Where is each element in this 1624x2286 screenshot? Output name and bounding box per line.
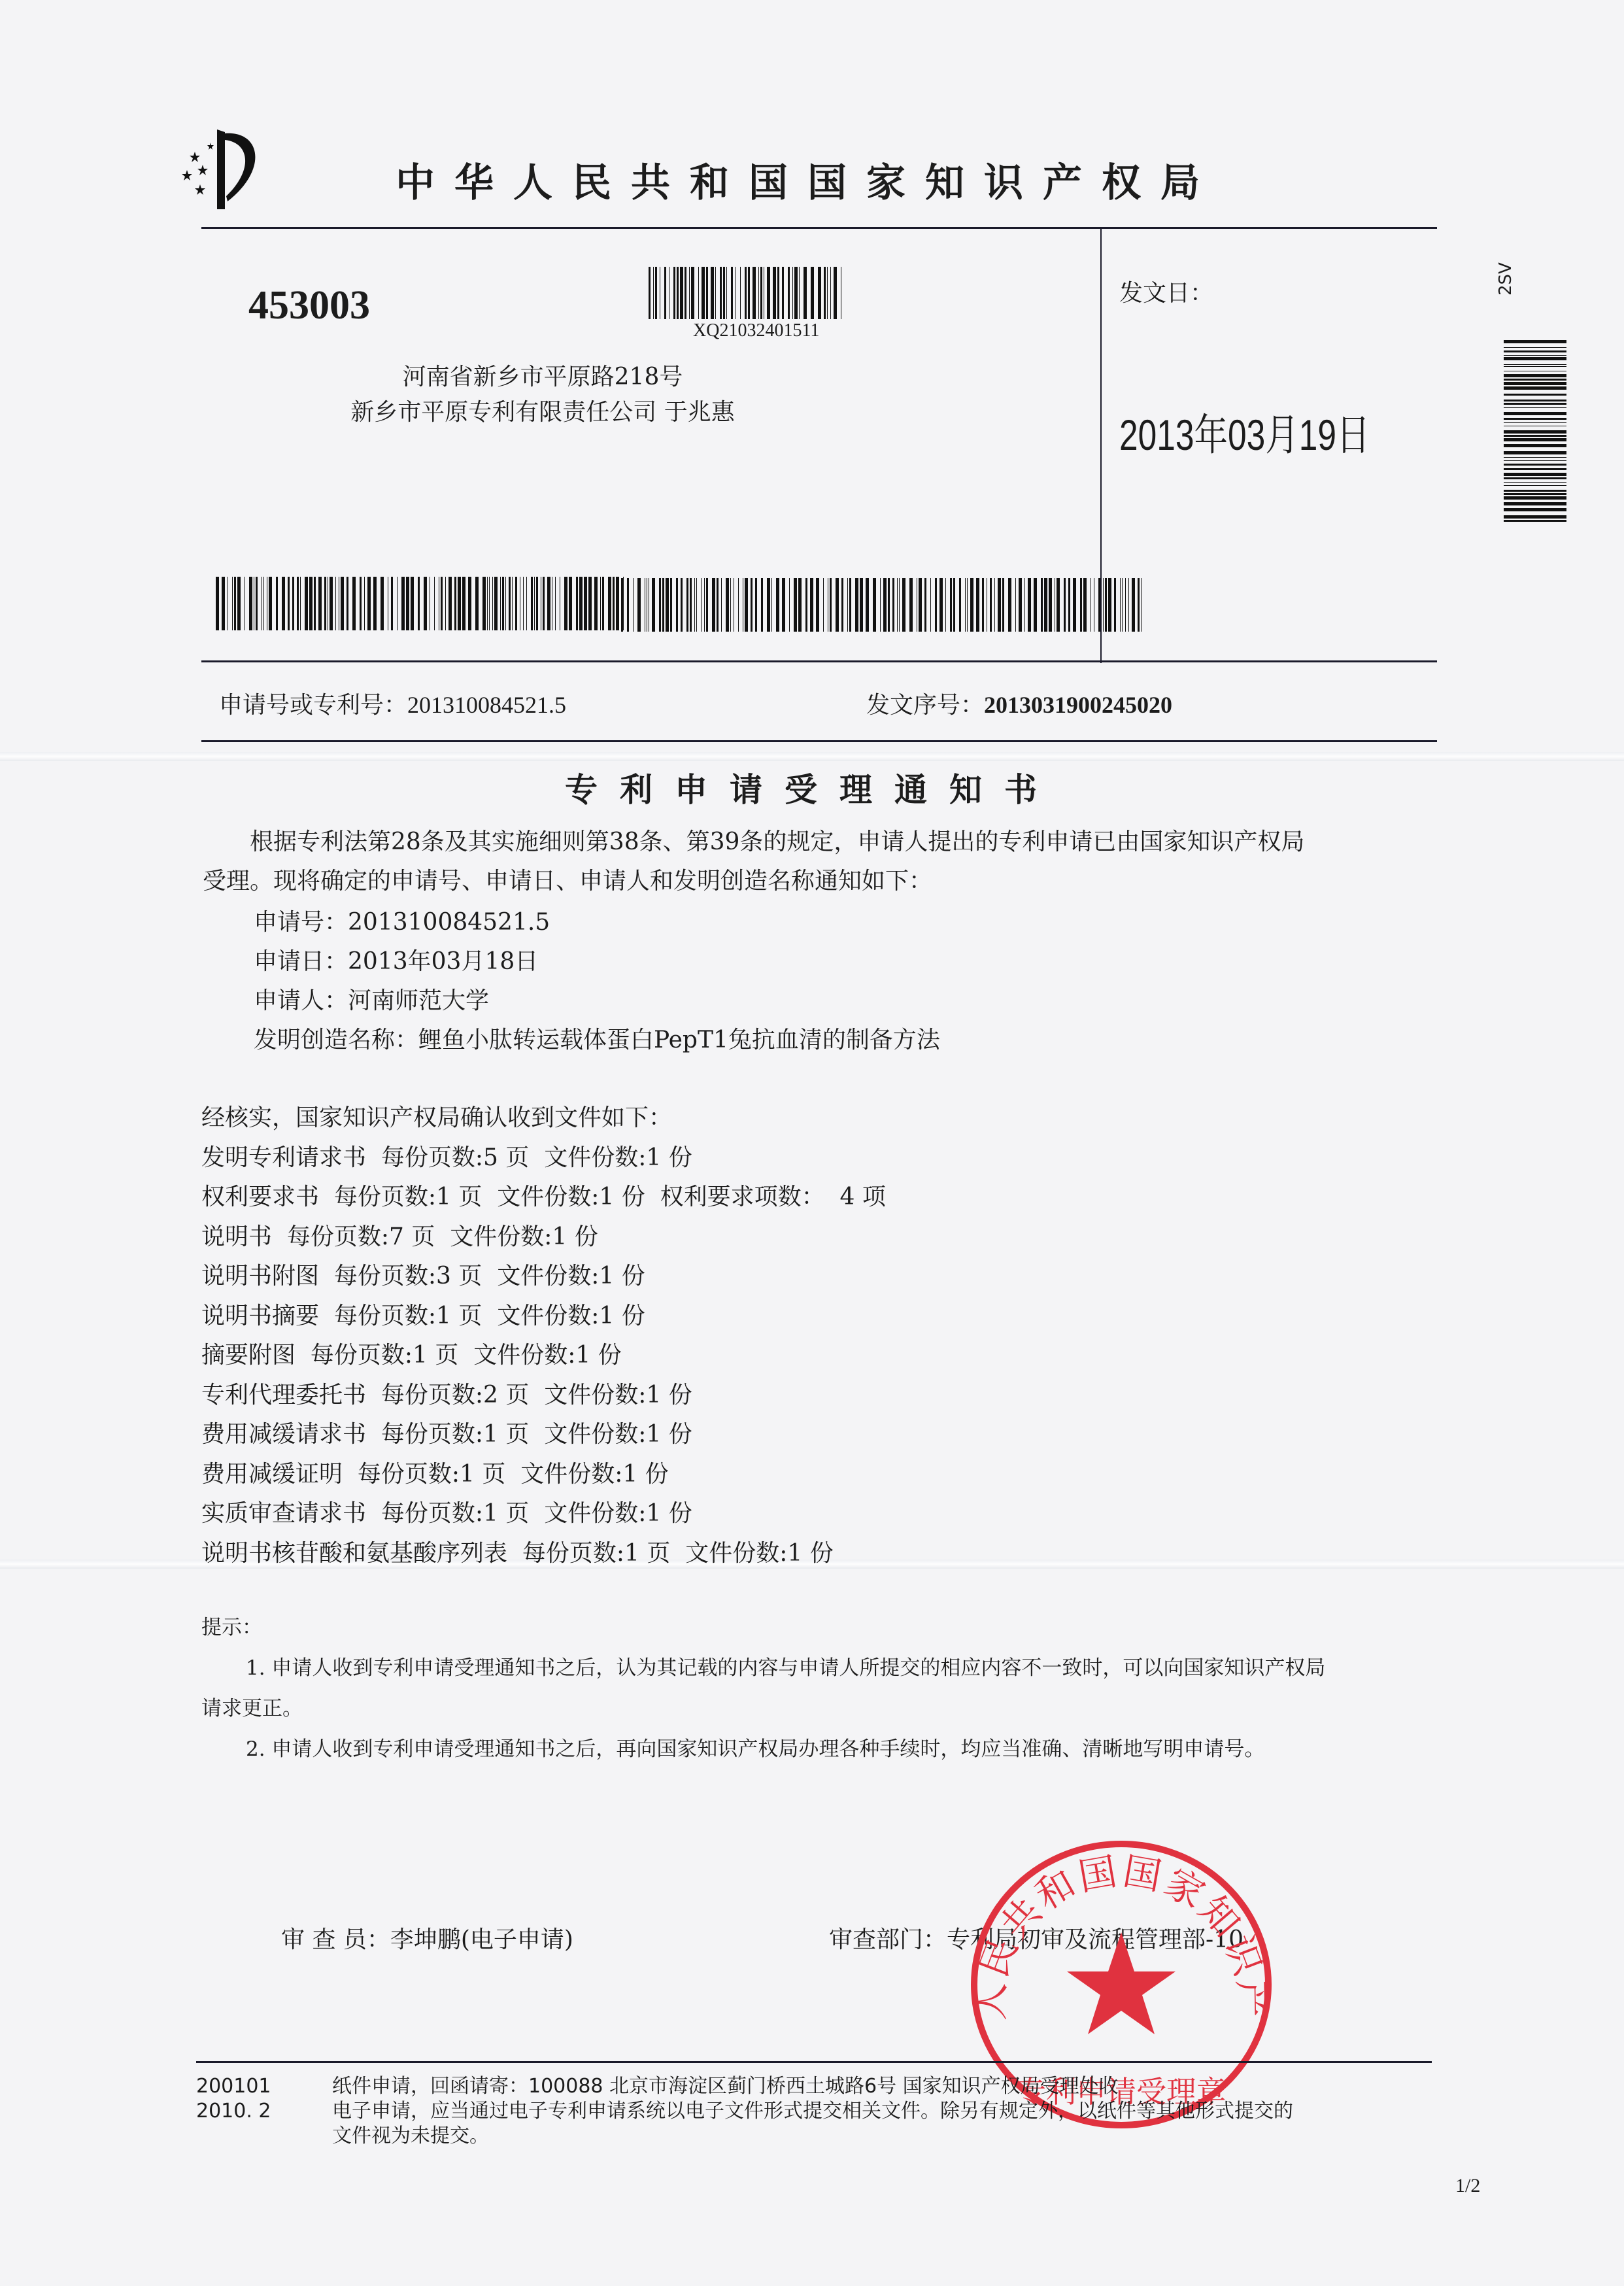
file-row: 摘要附图 每份页数:1 页 文件份数:1 份 xyxy=(201,1336,886,1376)
department-label: 审查部门： xyxy=(829,1926,947,1953)
received-heading: 经核实，国家知识产权局确认收到文件如下： xyxy=(201,1099,886,1138)
intro-paragraph: 根据专利法第28条及其实施细则第38条、第39条的规定，申请人提出的专利申请已由… xyxy=(203,823,1445,901)
reviewer-name: 李坤鹏(电子申请) xyxy=(390,1926,573,1953)
file-row: 发明专利请求书 每份页数:5 页 文件份数:1 份 xyxy=(201,1138,886,1178)
reviewer: 审 查 员：李坤鹏(电子申请) xyxy=(281,1921,573,1954)
barcode-label: XQ21032401511 xyxy=(693,320,819,341)
field-value: 河南师范大学 xyxy=(348,987,489,1014)
reference-divider-bottom xyxy=(201,740,1437,742)
field-label: 发明创造名称： xyxy=(254,1027,418,1053)
field-application-date: 申请日：2013年03月18日 xyxy=(254,943,538,976)
department-name: 专利局初审及流程管理部-10 xyxy=(947,1926,1243,1953)
issue-date-label: 发文日： xyxy=(1119,275,1213,308)
field-value: 2013年03月18日 xyxy=(348,948,538,975)
reviewer-label: 审 查 员： xyxy=(281,1926,390,1953)
file-row: 说明书核苷酸和氨基酸序列表 每份页数:1 页 文件份数:1 份 xyxy=(201,1534,886,1574)
file-row: 专利代理委托书 每份页数:2 页 文件份数:1 份 xyxy=(201,1376,886,1416)
serial-barcode xyxy=(621,578,1145,632)
reference-application-no: 申请号或专利号：201310084521.5 xyxy=(219,687,566,720)
review-department: 审查部门：专利局初审及流程管理部-10 xyxy=(829,1921,1243,1954)
field-value: 201310084521.5 xyxy=(348,909,550,936)
file-row: 说明书摘要 每份页数:1 页 文件份数:1 份 xyxy=(201,1297,886,1337)
document-title: 专利申请受理通知书 xyxy=(0,764,1624,811)
file-row: 说明书附图 每份页数:3 页 文件份数:1 份 xyxy=(201,1257,886,1297)
side-code: 2SV xyxy=(1496,262,1515,296)
page-number: 1/2 xyxy=(1455,2175,1480,2197)
form-code-number: 200101 xyxy=(196,2074,271,2099)
serial-no-value: 2013031900245020 xyxy=(984,692,1172,718)
reference-serial-no: 发文序号：2013031900245020 xyxy=(866,687,1172,720)
field-application-no: 申请号：201310084521.5 xyxy=(254,904,550,937)
tips-section: 提示： 1. 申请人收到专利申请受理通知书之后，认为其记载的内容与申请人所提交的… xyxy=(201,1607,1444,1769)
side-barcode xyxy=(1504,340,1566,526)
application-no-label: 申请号或专利号： xyxy=(219,692,407,719)
tip-1-continued: 请求更正。 xyxy=(201,1688,1444,1729)
file-row: 费用减缓请求书 每份页数:1 页 文件份数:1 份 xyxy=(201,1415,886,1455)
footer-line: 文件视为未提交。 xyxy=(332,2124,1444,2149)
sipo-emblem-icon xyxy=(177,124,288,213)
postcode: 453003 xyxy=(248,282,370,329)
tip-1: 1. 申请人收到专利申请受理通知书之后，认为其记载的内容与申请人所提交的相应内容… xyxy=(201,1648,1444,1688)
header-divider xyxy=(201,227,1437,229)
footer-line: 电子申请，应当通过电子专利申请系统以电子文件形式提交相关文件。除另有规定外，以纸… xyxy=(332,2099,1444,2124)
paper-fold xyxy=(0,752,1624,761)
field-applicant: 申请人：河南师范大学 xyxy=(254,982,489,1015)
application-no-value: 201310084521.5 xyxy=(407,692,566,718)
footer-divider xyxy=(196,2061,1432,2063)
application-barcode xyxy=(216,577,628,630)
form-code-version: 2010. 2 xyxy=(196,2099,271,2124)
tip-2: 2. 申请人收到专利申请受理通知书之后，再向国家知识产权局办理各种手续时，均应当… xyxy=(201,1729,1444,1769)
file-row: 说明书 每份页数:7 页 文件份数:1 份 xyxy=(201,1218,886,1257)
recipient-name: 新乡市平原专利有限责任公司 于兆惠 xyxy=(0,394,1085,427)
form-code: 200101 2010. 2 xyxy=(196,2074,271,2124)
footer-line: 纸件申请，回函请寄：100088 北京市海淀区蓟门桥西土城路6号 国家知识产权局… xyxy=(332,2074,1444,2099)
intro-line-1: 根据专利法第28条及其实施细则第38条、第39条的规定，申请人提出的专利申请已由… xyxy=(203,823,1445,862)
serial-no-label: 发文序号： xyxy=(866,692,984,719)
field-invention-title: 发明创造名称：鲤鱼小肽转运载体蛋白PepT1兔抗血清的制备方法 xyxy=(254,1021,940,1055)
recipient-address: 河南省新乡市平原路218号 xyxy=(0,358,1085,392)
field-label: 申请号： xyxy=(254,909,348,936)
intro-line-2: 受理。现将确定的申请号、申请日、申请人和发明创造名称通知如下： xyxy=(203,862,1445,901)
reference-divider-top xyxy=(201,660,1437,662)
agency-name: 中华人民共和国国家知识产权局 xyxy=(396,152,1219,208)
file-row: 费用减缓证明 每份页数:1 页 文件份数:1 份 xyxy=(201,1455,886,1495)
field-label: 申请人： xyxy=(254,987,348,1014)
mail-barcode xyxy=(649,267,845,319)
footer-notes: 纸件申请，回函请寄：100088 北京市海淀区蓟门桥西土城路6号 国家知识产权局… xyxy=(332,2074,1444,2149)
received-files-section: 经核实，国家知识产权局确认收到文件如下： 发明专利请求书 每份页数:5 页 文件… xyxy=(201,1099,886,1573)
issue-date: 2013年03月19日 xyxy=(1119,400,1370,462)
tips-heading: 提示： xyxy=(201,1607,1444,1648)
file-row: 权利要求书 每份页数:1 页 文件份数:1 份 权利要求项数： 4 项 xyxy=(201,1178,886,1218)
field-value: 鲤鱼小肽转运载体蛋白PepT1兔抗血清的制备方法 xyxy=(418,1027,940,1053)
field-label: 申请日： xyxy=(254,948,348,975)
file-row: 实质审查请求书 每份页数:1 页 文件份数:1 份 xyxy=(201,1494,886,1534)
